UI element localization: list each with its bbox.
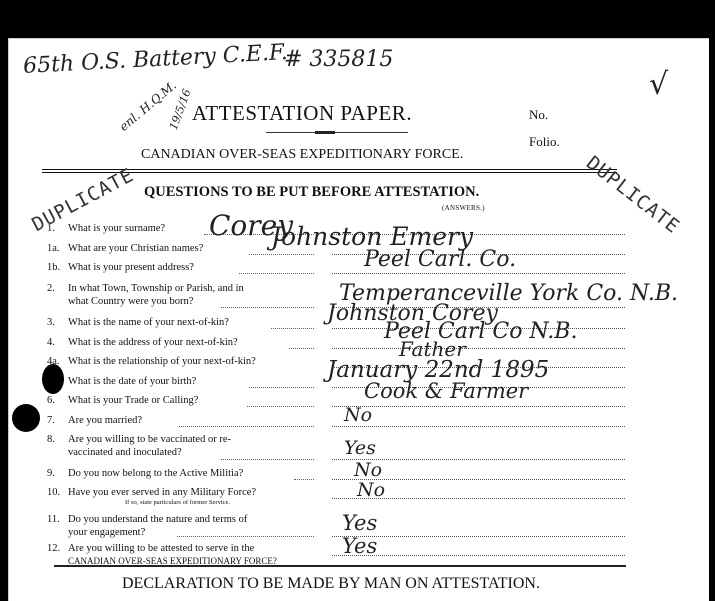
question-text: What is your surname? bbox=[68, 223, 165, 234]
questions-end-rule bbox=[54, 565, 626, 567]
dotted-line bbox=[179, 426, 314, 427]
question-text: What is the relationship of your next-of… bbox=[68, 356, 256, 367]
question-number: 7. bbox=[47, 414, 68, 427]
question-text: What are your Christian names? bbox=[68, 243, 203, 254]
answer-11: Yes bbox=[342, 511, 377, 535]
attestation-paper-page: 65th O.S. Battery C.E.F. # 335815 enl. H… bbox=[8, 38, 709, 601]
dotted-line bbox=[294, 479, 314, 480]
answer-9: No bbox=[354, 459, 382, 481]
answer-line bbox=[332, 426, 625, 427]
question-1: 1.What is your surname? bbox=[47, 222, 165, 235]
dotted-line bbox=[271, 328, 314, 329]
question-number: 8. bbox=[47, 433, 68, 446]
answer-8: Yes bbox=[344, 437, 376, 459]
question-text-cont: what Country were you born? bbox=[68, 296, 193, 307]
punch-hole-bottom bbox=[12, 404, 40, 432]
answer-6: Cook & Farmer bbox=[364, 379, 528, 403]
question-8: 8.Are you willing to be vaccinated or re… bbox=[47, 433, 231, 459]
question-text: What is the name of your next-of-kin? bbox=[68, 317, 229, 328]
question-number: 12. bbox=[47, 542, 68, 555]
question-number: 1. bbox=[47, 222, 68, 235]
question-3: 3.What is the name of your next-of-kin? bbox=[47, 316, 229, 329]
question-text-cont: vaccinated and inoculated? bbox=[68, 447, 182, 458]
document-subtitle: CANADIAN OVER-SEAS EXPEDITIONARY FORCE. bbox=[141, 147, 463, 163]
section-title: QUESTIONS TO BE PUT BEFORE ATTESTATION. bbox=[144, 184, 479, 201]
question-number: 4. bbox=[47, 336, 68, 349]
question-1a: 1a.What are your Christian names? bbox=[47, 242, 203, 255]
question-number: 1b. bbox=[47, 261, 68, 274]
question-number: 3. bbox=[47, 316, 68, 329]
question-4: 4.What is the address of your next-of-ki… bbox=[47, 336, 238, 349]
question-number: 11. bbox=[47, 513, 68, 526]
dotted-line bbox=[177, 536, 314, 537]
question-6: 6.What is your Trade or Calling? bbox=[47, 394, 198, 407]
question-text: In what Town, Township or Parish, and in bbox=[68, 283, 244, 294]
question-text: Do you understand the nature and terms o… bbox=[68, 514, 247, 525]
answer-10: No bbox=[357, 479, 385, 501]
question-number: 2. bbox=[47, 282, 68, 295]
question-5: 5.What is the date of your birth? bbox=[47, 375, 196, 388]
dotted-line bbox=[239, 273, 314, 274]
title-rule-accent bbox=[315, 131, 335, 134]
question-7: 7.Are you married? bbox=[47, 414, 142, 427]
dotted-line bbox=[221, 307, 314, 308]
question-number: 6. bbox=[47, 394, 68, 407]
answer-line bbox=[332, 406, 625, 407]
question-1b: 1b.What is your present address? bbox=[47, 261, 194, 274]
document-title: ATTESTATION PAPER. bbox=[192, 101, 412, 126]
question-10: 10.Have you ever served in any Military … bbox=[47, 486, 256, 506]
answers-header: (ANSWERS.) bbox=[442, 204, 485, 212]
punch-hole-top bbox=[42, 364, 64, 394]
title-rule bbox=[266, 132, 408, 133]
question-9: 9.Do you now belong to the Active Militi… bbox=[47, 467, 243, 480]
question-text: Do you now belong to the Active Militia? bbox=[68, 468, 243, 479]
question-number: 1a. bbox=[47, 242, 68, 255]
question-4a: 4a.What is the relationship of your next… bbox=[47, 355, 256, 368]
check-mark: √ bbox=[649, 67, 668, 102]
question-number: 10. bbox=[47, 486, 68, 499]
dotted-line bbox=[249, 387, 314, 388]
question-2: 2.In what Town, Township or Parish, and … bbox=[47, 282, 244, 308]
question-text: Are you willing to be vaccinated or re- bbox=[68, 434, 231, 445]
question-text: Have you ever served in any Military For… bbox=[68, 487, 256, 498]
question-10-note: If so, state particulars of former Servi… bbox=[125, 499, 256, 506]
answer-7: No bbox=[344, 404, 372, 426]
question-text-cont: your engagement? bbox=[68, 527, 145, 538]
answer-12: Yes bbox=[342, 534, 377, 558]
declaration-title: DECLARATION TO BE MADE BY MAN ON ATTESTA… bbox=[122, 575, 540, 593]
answer-1b: Peel Carl. Co. bbox=[364, 247, 516, 272]
question-text: Are you married? bbox=[68, 415, 142, 426]
question-text: What is the address of your next-of-kin? bbox=[68, 337, 238, 348]
regimental-number: # 335815 bbox=[284, 47, 393, 72]
dotted-line bbox=[249, 254, 314, 255]
folio-label: Folio. bbox=[529, 134, 560, 150]
dotted-line bbox=[247, 406, 314, 407]
dotted-line bbox=[289, 348, 314, 349]
question-text: Are you willing to be attested to serve … bbox=[68, 543, 254, 554]
question-number: 9. bbox=[47, 467, 68, 480]
answer-line bbox=[332, 273, 625, 274]
dotted-line bbox=[221, 459, 314, 460]
question-text: What is the date of your birth? bbox=[68, 376, 196, 387]
no-label: No. bbox=[529, 107, 548, 123]
answer-line bbox=[332, 348, 625, 349]
question-text: What is your Trade or Calling? bbox=[68, 395, 198, 406]
question-text: What is your present address? bbox=[68, 262, 194, 273]
unit-annotation: 65th O.S. Battery C.E.F. bbox=[23, 40, 289, 79]
duplicate-stamp-right: DUPLICATE bbox=[582, 152, 684, 238]
